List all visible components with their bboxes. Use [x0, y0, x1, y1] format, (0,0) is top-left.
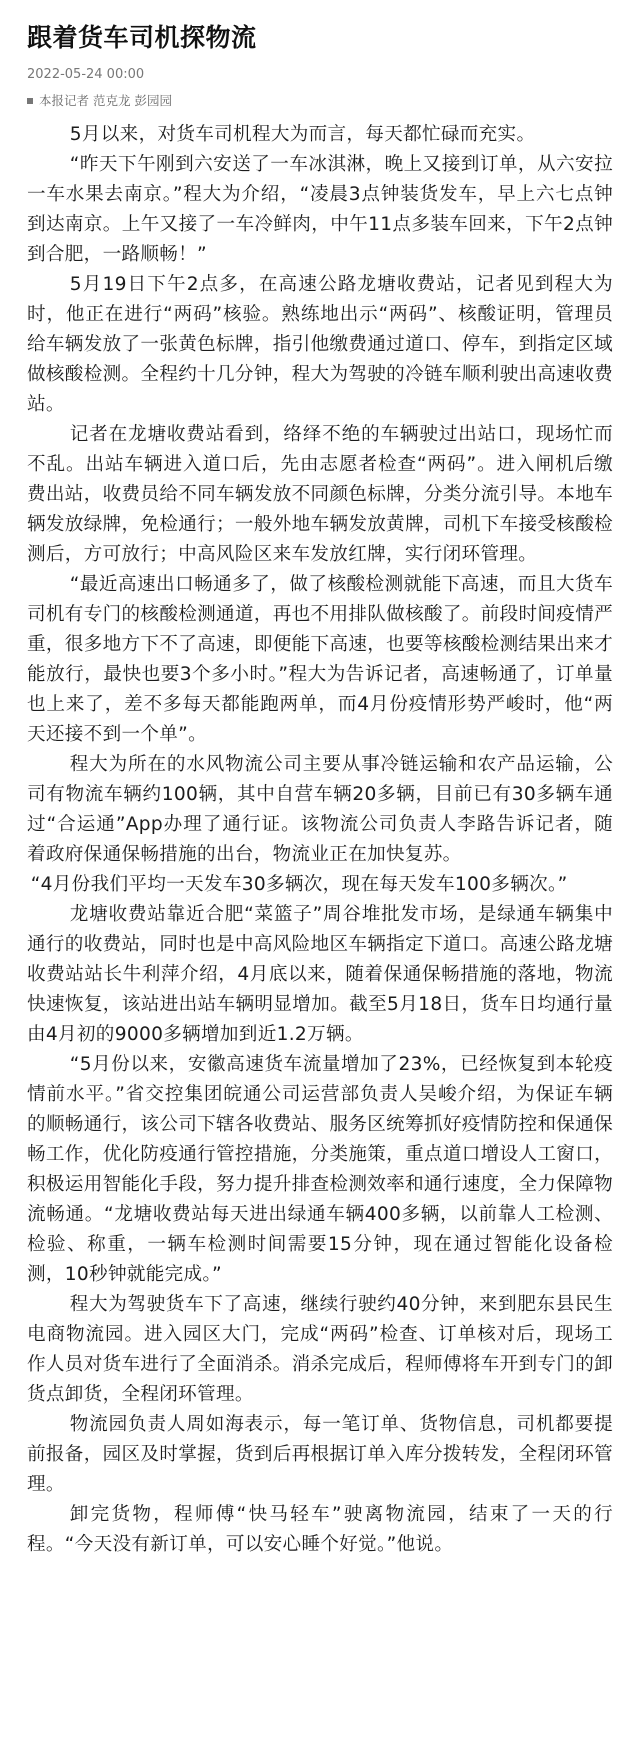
byline: 本报记者 范克龙 彭园园	[27, 92, 613, 110]
paragraph: 记者在龙塘收费站看到，络绎不绝的车辆驶过出站口，现场忙而不乱。出站车辆进入道口后…	[27, 420, 613, 570]
paragraph: 5月19日下午2点多，在高速公路龙塘收费站，记者见到程大为时，他正在进行“两码”…	[27, 270, 613, 420]
paragraph: “最近高速出口畅通多了，做了核酸检测就能下高速，而且大货车司机有专门的核酸检测通…	[27, 570, 613, 750]
article: 跟着货车司机探物流 2022-05-24 00:00 本报记者 范克龙 彭园园 …	[0, 0, 640, 1560]
paragraph: 5月以来，对货车司机程大为而言，每天都忙碌而充实。	[27, 120, 613, 150]
publish-date: 2022-05-24 00:00	[27, 66, 613, 84]
paragraph-quote: “4月份我们平均一天发车30多辆次，现在每天发车100多辆次。”	[27, 870, 613, 900]
paragraph: 程大为驾驶货车下了高速，继续行驶约40分钟，来到肥东县民生电商物流园。进入园区大…	[27, 1290, 613, 1410]
article-title: 跟着货车司机探物流	[27, 18, 613, 58]
byline-authors: 本报记者 范克龙 彭园园	[39, 92, 172, 110]
paragraph: 程大为所在的水风物流公司主要从事冷链运输和农产品运输，公司有物流车辆约100辆，…	[27, 750, 613, 870]
paragraph: “5月份以来，安徽高速货车流量增加了23%，已经恢复到本轮疫情前水平。”省交控集…	[27, 1050, 613, 1290]
paragraph: “昨天下午刚到六安送了一车冰淇淋，晚上又接到订单，从六安拉一车水果去南京。”程大…	[27, 150, 613, 270]
paragraph: 物流园负责人周如海表示，每一笔订单、货物信息，司机都要提前报备，园区及时掌握，货…	[27, 1410, 613, 1500]
paragraph: 卸完货物，程师傅“快马轻车”驶离物流园，结束了一天的行程。“今天没有新订单，可以…	[27, 1500, 613, 1560]
paragraph: 龙塘收费站靠近合肥“菜篮子”周谷堆批发市场，是绿通车辆集中通行的收费站，同时也是…	[27, 900, 613, 1050]
square-bullet-icon	[27, 98, 33, 104]
article-body: 5月以来，对货车司机程大为而言，每天都忙碌而充实。 “昨天下午刚到六安送了一车冰…	[27, 120, 613, 1560]
